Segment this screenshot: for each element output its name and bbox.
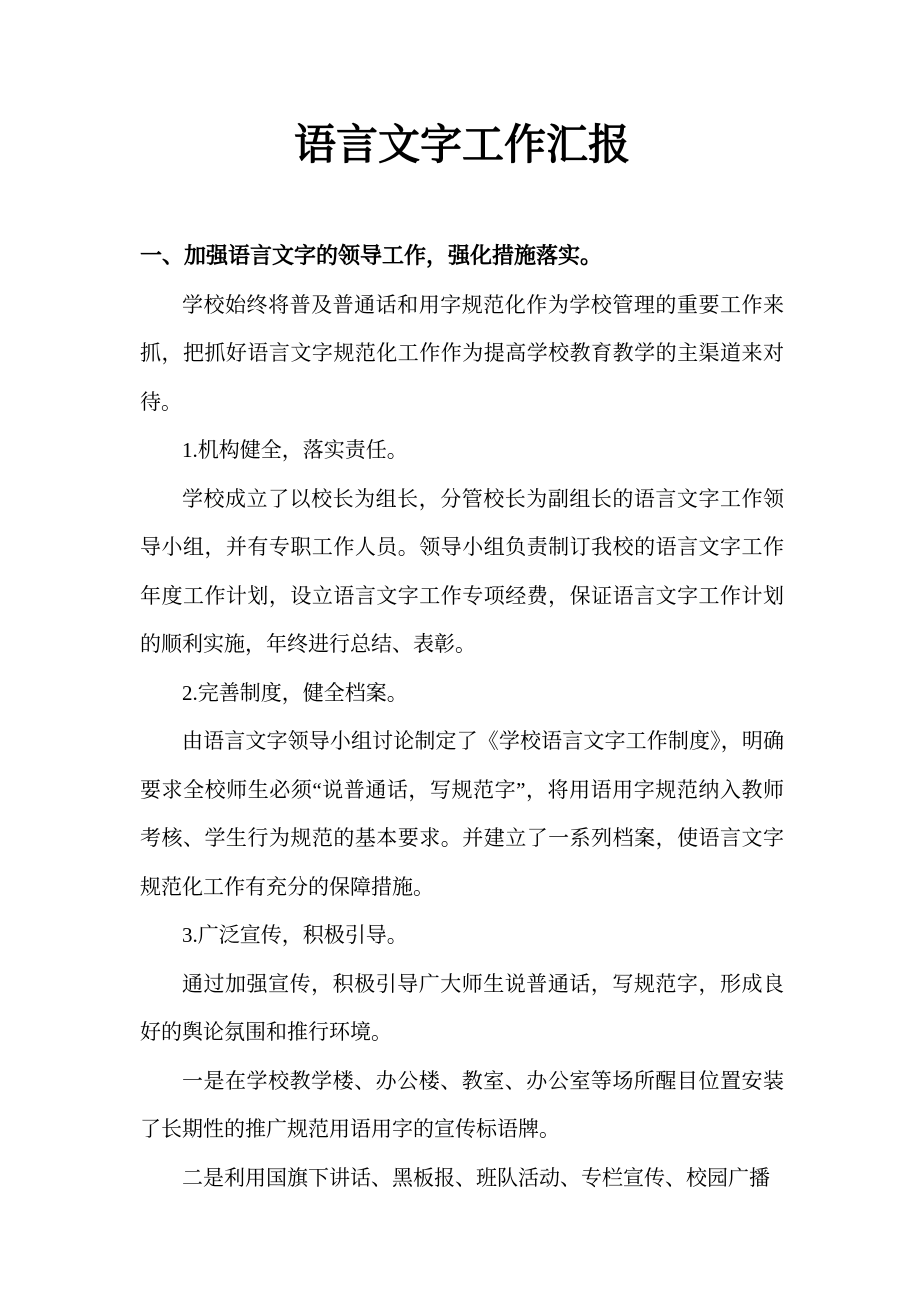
paragraph-numbered-item: 2.完善制度，健全档案。	[140, 669, 784, 718]
paragraph: 学校始终将普及普通话和用字规范化作为学校管理的重要工作来抓，把抓好语言文字规范化…	[140, 281, 784, 427]
paragraph: 通过加强宣传，积极引导广大师生说普通话，写规范字，形成良好的舆论氛围和推行环境。	[140, 960, 784, 1057]
document-title: 语言文字工作汇报	[140, 0, 784, 169]
paragraph-numbered-item: 3.广泛宣传，积极引导。	[140, 911, 784, 960]
paragraph: 学校成立了以校长为组长，分管校长为副组长的语言文字工作领导小组，并有专职工作人员…	[140, 475, 784, 669]
paragraph: 由语言文字领导小组讨论制定了《学校语言文字工作制度》，明确要求全校师生必须“说普…	[140, 717, 784, 911]
document-page: 语言文字工作汇报 一、加强语言文字的领导工作，强化措施落实。 学校始终将普及普通…	[0, 0, 920, 1302]
paragraph-numbered-item: 1.机构健全，落实责任。	[140, 426, 784, 475]
paragraph: 二是利用国旗下讲话、黑板报、班队活动、专栏宣传、校园广播	[140, 1154, 784, 1203]
document-content: 语言文字工作汇报 一、加强语言文字的领导工作，强化措施落实。 学校始终将普及普通…	[140, 0, 784, 1202]
paragraph: 一是在学校教学楼、办公楼、教室、办公室等场所醒目位置安装了长期性的推广规范用语用…	[140, 1057, 784, 1154]
section-heading: 一、加强语言文字的领导工作，强化措施落实。	[140, 232, 784, 281]
